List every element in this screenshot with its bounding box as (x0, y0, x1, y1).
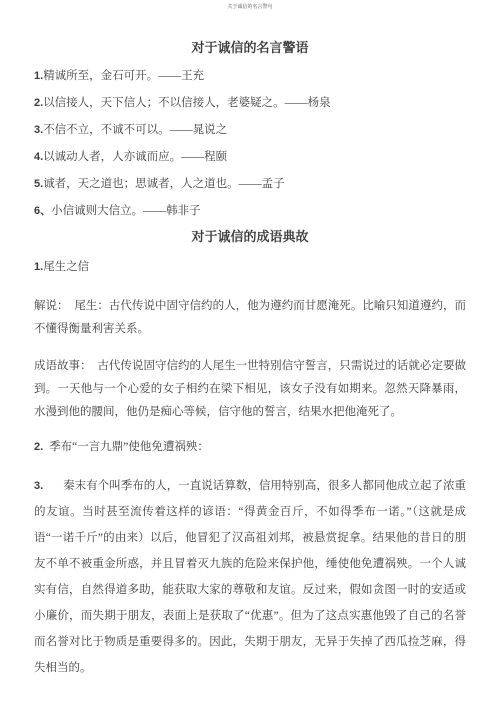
quote-number: 2. (34, 97, 43, 109)
idiom2-body-number: 3. (34, 480, 43, 492)
quote-text: 精诚所至，金石可开。——王充 (43, 70, 204, 82)
section1-title: 对于诚信的名言警语 (34, 40, 466, 55)
idiom2-body-paragraph: 3.秦末有个叫季布的人，一直说话算数，信用特别高，很多人都同他成立起了浓重的友谊… (34, 473, 466, 681)
idiom1-heading-number: 1. (34, 261, 43, 273)
quote-number: 5. (34, 178, 43, 190)
idiom2-heading-text: 季布“一言九鼎”使他免遭祸殃： (49, 441, 209, 453)
idiom2-heading: 2.季布“一言九鼎”使他免遭祸殃： (34, 434, 466, 461)
quote-item-6: 6、小信诚则大信立。——韩非子 (34, 198, 466, 225)
section2-title: 对于诚信的成语典故 (34, 229, 466, 244)
quote-item-1: 1.精诚所至，金石可开。——王充 (34, 63, 466, 90)
quote-number: 1. (34, 70, 43, 82)
idiom2-body-text: 秦末有个叫季布的人，一直说话算数，信用特别高，很多人都同他成立起了浓重的友谊。当… (34, 480, 466, 674)
quote-item-5: 5.诚者，天之道也；思诚者，人之道也。——孟子 (34, 171, 466, 198)
quote-number: 6、 (34, 205, 51, 217)
quote-list: 1.精诚所至，金石可开。——王充 2.以信接人，天下信人；不以信接人，老婆疑之。… (34, 63, 466, 225)
idiom1-heading-text: 尾生之信 (43, 261, 89, 273)
quote-text: 以信接人，天下信人；不以信接人，老婆疑之。——杨泉 (43, 97, 331, 109)
quote-item-3: 3.不信不立，不诚不可以。——晁说之 (34, 117, 466, 144)
quote-text: 不信不立，不诚不可以。——晁说之 (43, 124, 227, 136)
running-header: 关于诚信的名言警句 (0, 3, 500, 10)
quote-text: 小信诚则大信立。——韩非子 (51, 205, 201, 217)
quote-number: 3. (34, 124, 43, 136)
idiom1-heading: 1.尾生之信 (34, 254, 466, 281)
quote-text: 诚者，天之道也；思诚者，人之道也。——孟子 (43, 178, 285, 190)
quote-text: 以诚动人者，人亦诚而应。——程颐 (43, 151, 227, 163)
quote-item-2: 2.以信接人，天下信人；不以信接人，老婆疑之。——杨泉 (34, 90, 466, 117)
idiom2-heading-number: 2. (34, 441, 43, 453)
document-page: 关于诚信的名言警句 对于诚信的名言警语 1.精诚所至，金石可开。——王充 2.以… (0, 0, 500, 708)
idiom1-explanation-paragraph: 解说： 尾生：古代传说中固守信约的人，他为遵约而甘愿淹死。比喻只知道遵约，而不懂… (34, 295, 466, 341)
idiom1-story-paragraph: 成语故事： 古代传说固守信约的人尾生一世特别信守誓言，只需说过的话就必定要做到。… (34, 355, 466, 424)
quote-number: 4. (34, 151, 43, 163)
quote-item-4: 4.以诚动人者，人亦诚而应。——程颐 (34, 144, 466, 171)
